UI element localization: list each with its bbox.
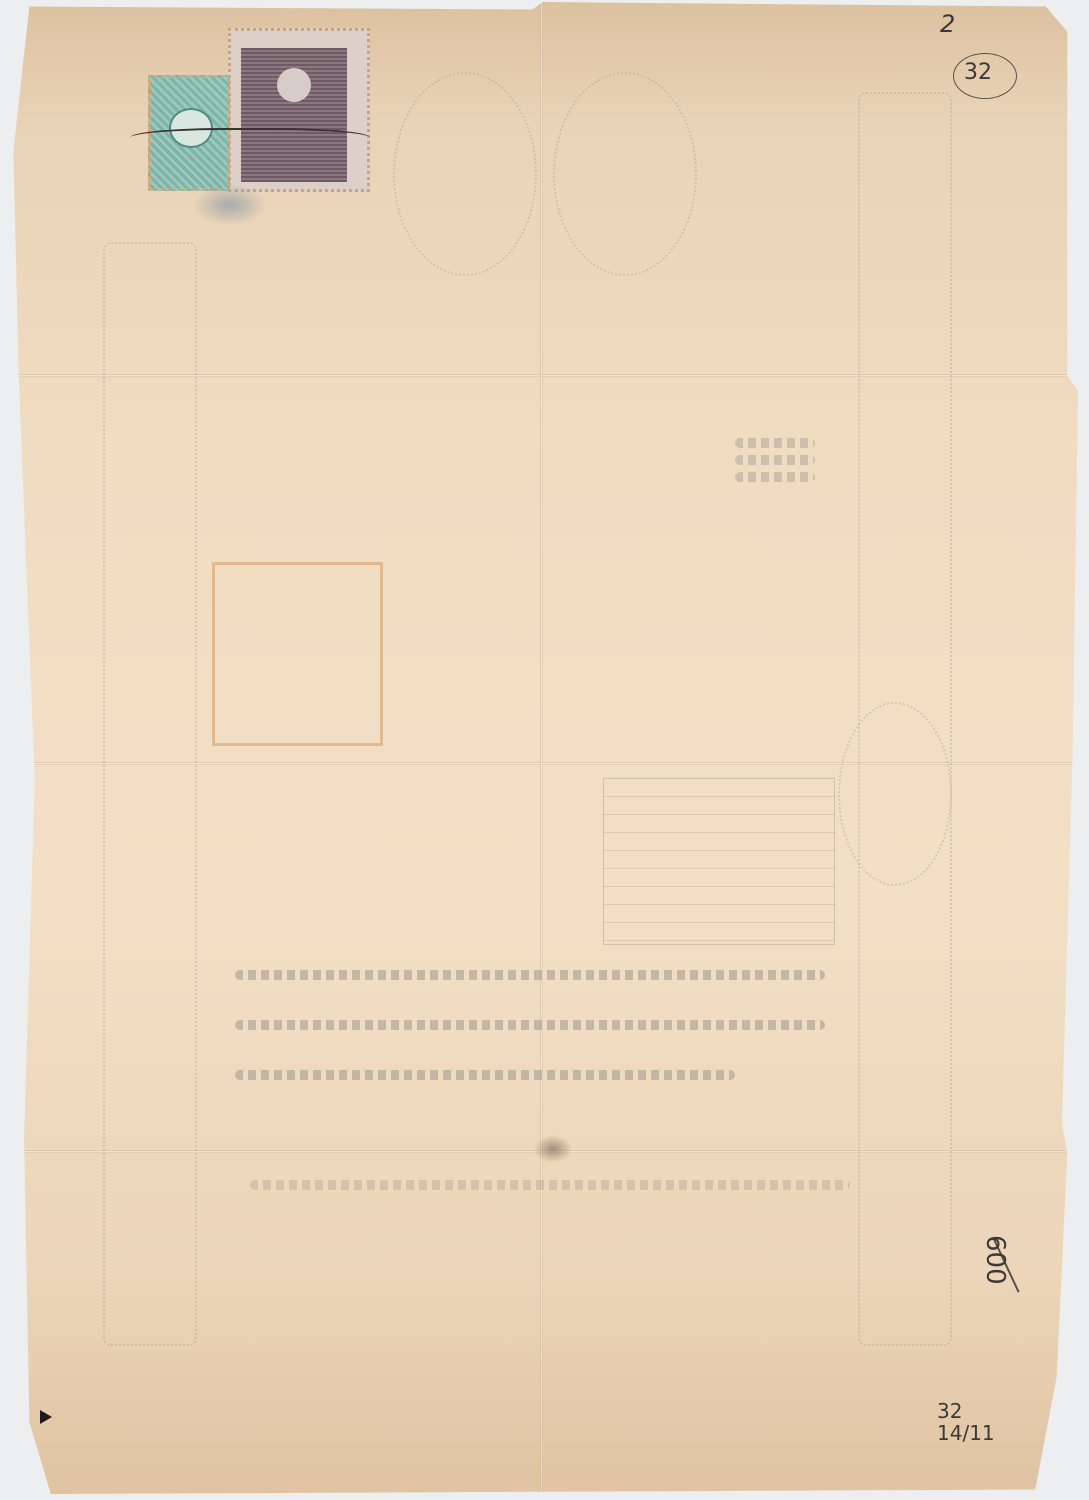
ink-stain — [533, 1135, 573, 1163]
left-ornamental-border — [103, 242, 197, 1346]
handwritten-line — [235, 1070, 735, 1080]
pencil-bottom-fraction: 14/11 — [937, 1422, 995, 1444]
ink-seal — [195, 185, 265, 225]
printed-text-line — [250, 1180, 850, 1190]
stamp-cancellation-signature — [130, 128, 370, 152]
printed-text-line — [735, 438, 815, 448]
document-paper — [8, 2, 1078, 1497]
ornament-medallion-side — [838, 702, 952, 886]
handwritten-line — [235, 970, 825, 980]
printed-text-line — [735, 455, 815, 465]
pencil-side-number: 600 — [980, 1235, 1010, 1285]
photo-stain-outline — [212, 562, 383, 746]
fold-line-vertical — [540, 2, 543, 1497]
pencil-bottom-notes: 32 14/11 — [937, 1400, 995, 1444]
purple-revenue-stamp — [241, 48, 347, 182]
pencil-bottom-number: 32 — [937, 1400, 995, 1422]
coat-of-arms-icon — [277, 68, 311, 102]
ruled-table — [603, 778, 835, 945]
pencil-circled-number: 32 — [964, 60, 992, 85]
ornament-medallion-left — [393, 72, 537, 276]
printed-text-line — [735, 472, 815, 482]
ornament-medallion-right — [553, 72, 697, 276]
pencil-number-top: 2 — [940, 10, 955, 38]
handwritten-line — [235, 1020, 825, 1030]
